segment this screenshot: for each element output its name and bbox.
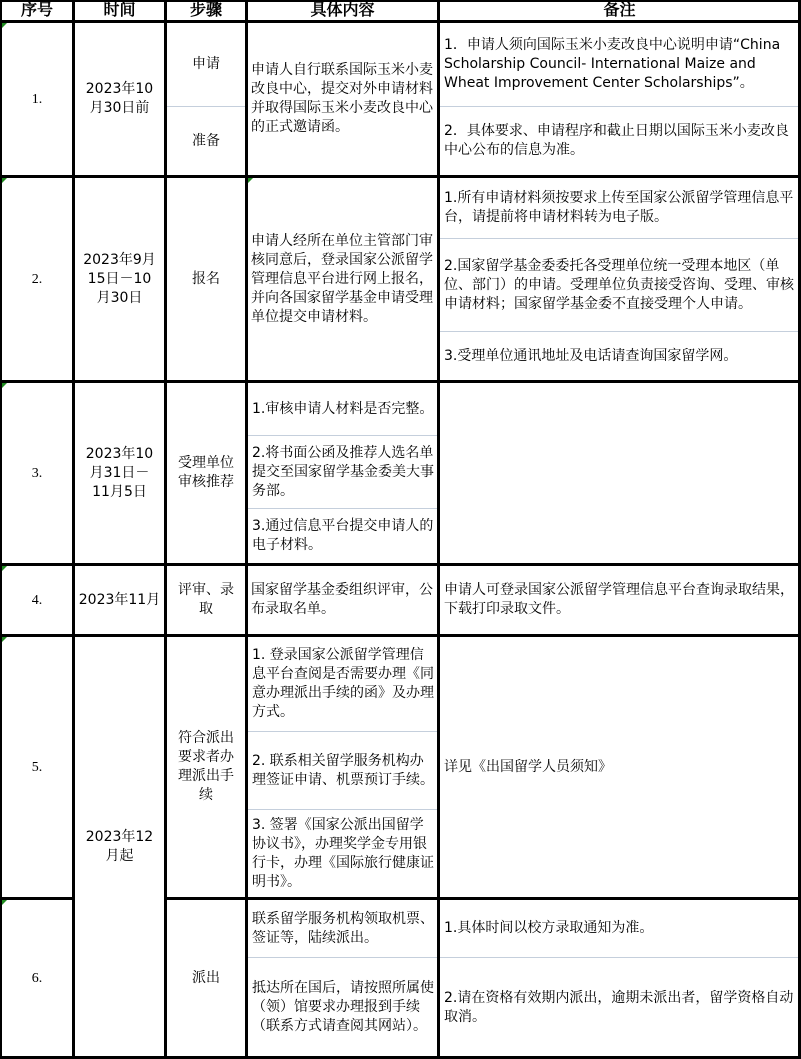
row5-no: 5. bbox=[2, 637, 72, 897]
row-border bbox=[0, 563, 801, 566]
note-text: 3.受理单位通讯地址及电话请查询国家留学网。 bbox=[444, 347, 737, 366]
sub-divider bbox=[248, 508, 437, 509]
row3-no: 3. bbox=[2, 383, 72, 563]
row-border bbox=[0, 380, 801, 383]
row2-step: 报名 bbox=[167, 178, 245, 380]
row2-no: 2. bbox=[2, 178, 72, 380]
row4-time: 2023年11月 bbox=[75, 566, 164, 634]
sub-divider bbox=[248, 809, 437, 810]
sub-divider bbox=[440, 331, 799, 332]
row4-content: 国家留学基金委组织评审，公布录取名单。 bbox=[248, 566, 437, 634]
note-text: 1.所有申请材料须按要求上传至国家公派留学管理信息平台，请提前将申请材料转为电子… bbox=[444, 189, 796, 227]
note-text: 详见《出国留学人员须知》 bbox=[444, 758, 612, 777]
row2-note-3: 3.受理单位通讯地址及电话请查询国家留学网。 bbox=[440, 332, 799, 380]
content-text: 联系留学服务机构领取机票、签证等，陆续派出。 bbox=[252, 910, 434, 948]
cell-marker-icon bbox=[2, 566, 7, 571]
row1-time: 2023年10月30日前 bbox=[75, 23, 164, 175]
row1-step-prepare: 准备 bbox=[167, 107, 245, 175]
col-border bbox=[245, 0, 248, 1059]
sub-divider bbox=[248, 435, 437, 436]
col-border bbox=[437, 0, 440, 1059]
cell-marker-icon bbox=[2, 383, 7, 388]
row5-note: 详见《出国留学人员须知》 bbox=[440, 637, 799, 897]
row-border bbox=[164, 897, 801, 900]
row1-note-1: 1．申请人须向国际玉米小麦改良中心说明申请“China Scholarship … bbox=[440, 23, 799, 106]
cell-marker-icon bbox=[2, 23, 7, 28]
schedule-table: 序号 时间 步骤 具体内容 备注 1. 2023年10月30日前 申请 准备 申… bbox=[0, 0, 801, 1059]
row5-content-2: 2. 联系相关留学服务机构办理签证申请、机票预订手续。 bbox=[248, 732, 437, 809]
note-text: 2.请在资格有效期内派出，逾期未派出者，留学资格自动取消。 bbox=[444, 989, 796, 1027]
row4-step: 评审、录取 bbox=[167, 566, 245, 634]
content-text: 抵达所在国后，请按照所属使（领）馆要求办理报到手续（联系方式请查阅其网站）。 bbox=[252, 979, 434, 1036]
row-border bbox=[0, 634, 801, 637]
row1-no: 1. bbox=[2, 23, 72, 175]
border-top bbox=[0, 0, 801, 2]
note-text: 2.国家留学基金委委托各受理单位统一受理本地区（单位、部门）的申请。受理单位负责… bbox=[444, 257, 796, 314]
sub-divider bbox=[248, 957, 437, 958]
row3-notes-empty bbox=[440, 383, 799, 563]
row5-6-time: 2023年12月起 bbox=[75, 637, 164, 1057]
header-notes: 备注 bbox=[440, 0, 799, 21]
row3-time: 2023年10月31日－11月5日 bbox=[75, 383, 164, 563]
header-step: 步骤 bbox=[167, 0, 245, 21]
row1-note-2: 2．具体要求、申请程序和截止日期以国际玉米小麦改良中心公布的信息为准。 bbox=[440, 107, 799, 175]
row2-time: 2023年9月15日－10月30日 bbox=[75, 178, 164, 380]
row4-no: 4. bbox=[2, 566, 72, 634]
row3-step: 受理单位审核推荐 bbox=[167, 383, 245, 563]
row3-content-1: 1.审核申请人材料是否完整。 bbox=[248, 383, 437, 435]
header-time: 时间 bbox=[75, 0, 164, 21]
row6-content-1: 联系留学服务机构领取机票、签证等，陆续派出。 bbox=[248, 900, 437, 957]
row6-step: 派出 bbox=[167, 900, 245, 1057]
note-text: 1.具体时间以校方录取通知为准。 bbox=[444, 919, 653, 938]
row-border bbox=[0, 175, 801, 178]
sub-divider bbox=[440, 106, 799, 107]
note-text: 申请人可登录国家公派留学管理信息平台查询录取结果，下载打印录取文件。 bbox=[444, 581, 796, 619]
content-text: 1. 登录国家公派留学管理信息平台查阅是否需要办理《同意办理派出手续的函》及办理… bbox=[252, 646, 434, 722]
header-no: 序号 bbox=[2, 0, 72, 21]
sub-divider bbox=[440, 957, 799, 958]
content-text: 1.审核申请人材料是否完整。 bbox=[252, 400, 433, 419]
row5-step: 符合派出要求者办理派出手续 bbox=[167, 637, 245, 897]
row6-note-2: 2.请在资格有效期内派出，逾期未派出者，留学资格自动取消。 bbox=[440, 958, 799, 1057]
sub-divider bbox=[248, 731, 437, 732]
content-text: 3.通过信息平台提交申请人的电子材料。 bbox=[252, 517, 434, 555]
note-text: 2．具体要求、申请程序和截止日期以国际玉米小麦改良中心公布的信息为准。 bbox=[444, 122, 796, 160]
row6-note-1: 1.具体时间以校方录取通知为准。 bbox=[440, 900, 799, 957]
row4-note: 申请人可登录国家公派留学管理信息平台查询录取结果，下载打印录取文件。 bbox=[440, 566, 799, 634]
col-border bbox=[72, 0, 75, 1059]
row2-note-2: 2.国家留学基金委委托各受理单位统一受理本地区（单位、部门）的申请。受理单位负责… bbox=[440, 239, 799, 331]
row1-step-apply: 申请 bbox=[167, 23, 245, 106]
content-text: 2. 联系相关留学服务机构办理签证申请、机票预订手续。 bbox=[252, 752, 434, 790]
row3-content-3: 3.通过信息平台提交申请人的电子材料。 bbox=[248, 509, 437, 563]
row-border bbox=[0, 20, 801, 23]
row5-content-1: 1. 登录国家公派留学管理信息平台查阅是否需要办理《同意办理派出手续的函》及办理… bbox=[248, 637, 437, 731]
content-text: 3. 签署《国家公派出国留学协议书》，办理奖学金专用银行卡，办理《国际旅行健康证… bbox=[252, 816, 434, 892]
row-border bbox=[0, 897, 73, 900]
row5-content-3: 3. 签署《国家公派出国留学协议书》，办理奖学金专用银行卡，办理《国际旅行健康证… bbox=[248, 810, 437, 897]
cell-marker-icon bbox=[2, 178, 7, 183]
note-text: 1．申请人须向国际玉米小麦改良中心说明申请“China Scholarship … bbox=[444, 36, 796, 93]
content-text: 2.将书面公函及推荐人选名单提交至国家留学基金委美大事务部。 bbox=[252, 444, 434, 501]
cell-marker-icon bbox=[2, 900, 7, 905]
cell-marker-icon bbox=[248, 178, 253, 183]
row2-content: 申请人经所在单位主管部门审核同意后，登录国家公派留学管理信息平台进行网上报名，并… bbox=[248, 178, 437, 380]
sub-divider bbox=[440, 238, 799, 239]
col-border bbox=[164, 0, 167, 1059]
row6-content-2: 抵达所在国后，请按照所属使（领）馆要求办理报到手续（联系方式请查阅其网站）。 bbox=[248, 958, 437, 1057]
row2-note-1: 1.所有申请材料须按要求上传至国家公派留学管理信息平台，请提前将申请材料转为电子… bbox=[440, 178, 799, 238]
sub-divider bbox=[167, 106, 245, 107]
header-content: 具体内容 bbox=[248, 0, 437, 21]
row1-content: 申请人自行联系国际玉米小麦改良中心，提交对外申请材料并取得国际玉米小麦改良中心的… bbox=[248, 23, 437, 175]
row6-no: 6. bbox=[2, 900, 72, 1057]
cell-marker-icon bbox=[2, 637, 7, 642]
row3-content-2: 2.将书面公函及推荐人选名单提交至国家留学基金委美大事务部。 bbox=[248, 436, 437, 508]
